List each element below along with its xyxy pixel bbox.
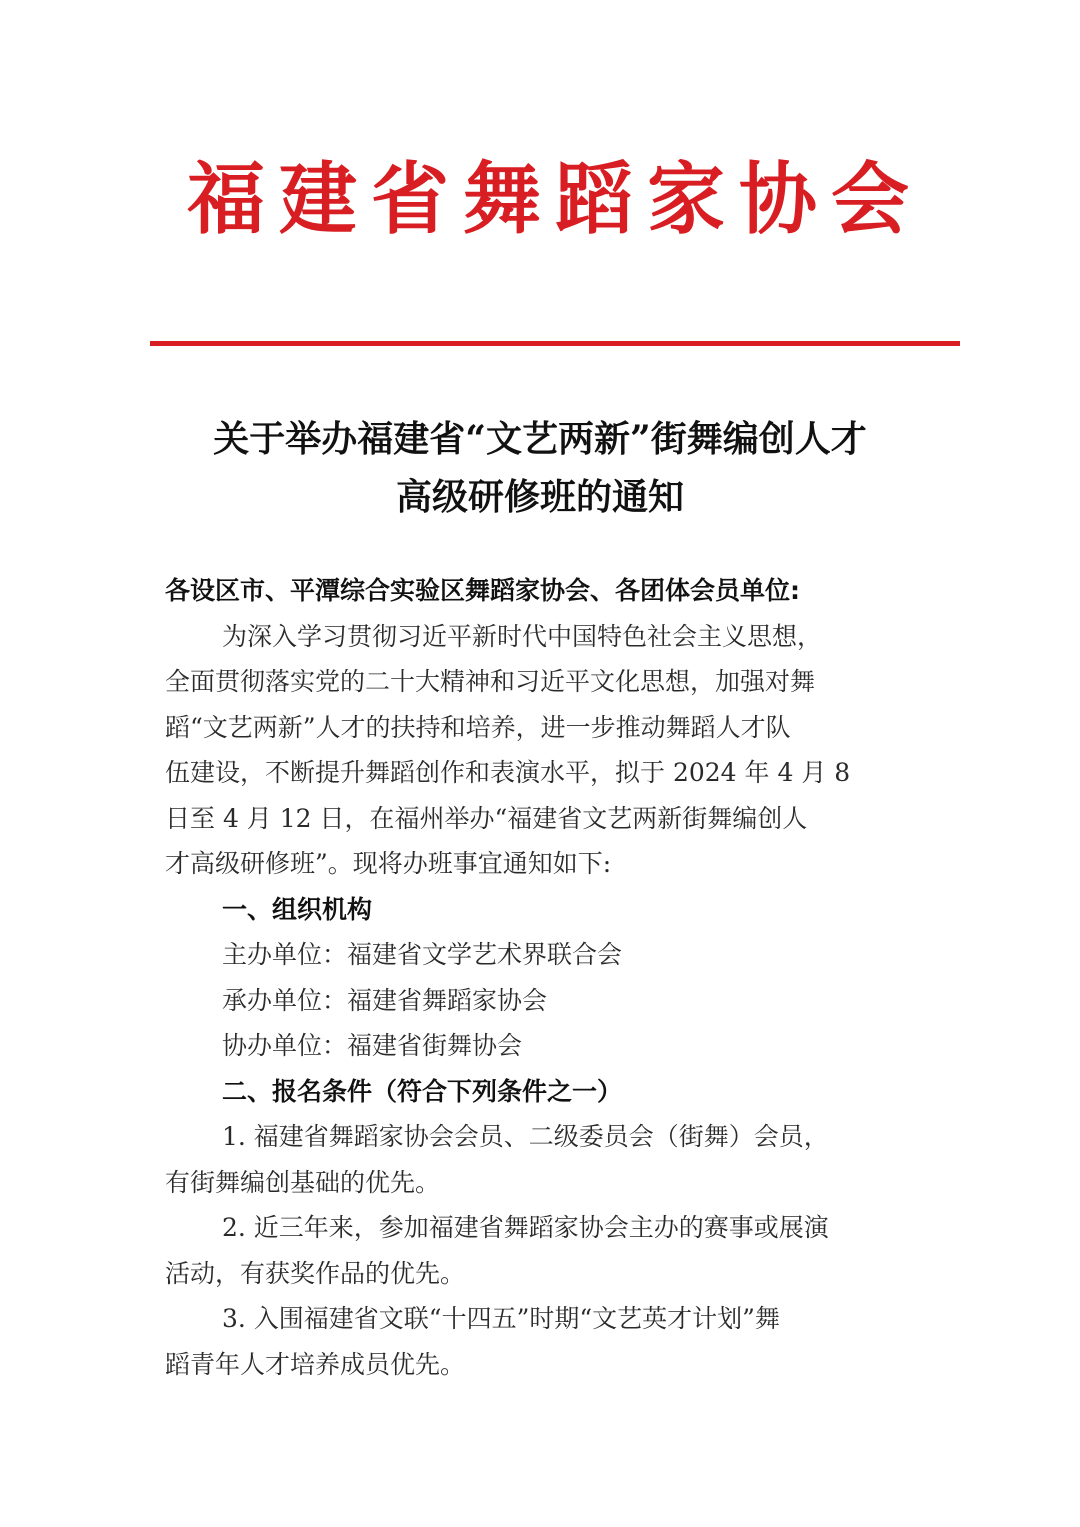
organizer-undertaker: 承办单位：福建省舞蹈家协会 <box>165 978 917 1024</box>
intro-line: 伍建设，不断提升舞蹈创作和表演水平，拟于 2024 年 4 月 8 <box>165 750 917 796</box>
section-eligibility: 二、报名条件（符合下列条件之一） 1. 福建省舞蹈家协会会员、二级委员会（街舞）… <box>165 1069 917 1388</box>
condition-line: 3. 入围福建省文联“十四五”时期“文艺英才计划”舞 <box>165 1296 917 1342</box>
condition-line: 2. 近三年来，参加福建省舞蹈家协会主办的赛事或展演 <box>165 1205 917 1251</box>
organizer-host: 主办单位：福建省文学艺术界联合会 <box>165 932 917 978</box>
section-heading: 二、报名条件（符合下列条件之一） <box>165 1069 917 1115</box>
title-line-2: 高级研修班的通知 <box>150 468 930 526</box>
organizer-co-organizer: 协办单位：福建省街舞协会 <box>165 1023 917 1069</box>
document-body: 各设区市、平潭综合实验区舞蹈家协会、各团体会员单位: 为深入学习贯彻习近平新时代… <box>165 568 917 1387</box>
condition-item: 2. 近三年来，参加福建省舞蹈家协会主办的赛事或展演 活动，有获奖作品的优先。 <box>165 1205 917 1296</box>
intro-line: 全面贯彻落实党的二十大精神和习近平文化思想，加强对舞 <box>165 659 917 705</box>
condition-item: 3. 入围福建省文联“十四五”时期“文艺英才计划”舞 蹈青年人才培养成员优先。 <box>165 1296 917 1387</box>
intro-line: 蹈“文艺两新”人才的扶持和培养，进一步推动舞蹈人才队 <box>165 705 917 751</box>
intro-paragraph: 为深入学习贯彻习近平新时代中国特色社会主义思想， 全面贯彻落实党的二十大精神和习… <box>165 614 917 887</box>
condition-line: 活动，有获奖作品的优先。 <box>165 1251 917 1297</box>
document-title: 关于举办福建省“文艺两新”街舞编创人才 高级研修班的通知 <box>150 410 930 526</box>
letterhead-org-name: 福建省舞蹈家协会 <box>150 150 960 250</box>
intro-line: 日至 4 月 12 日，在福州举办“福建省文艺两新街舞编创人 <box>165 796 917 842</box>
intro-line: 为深入学习贯彻习近平新时代中国特色社会主义思想， <box>165 614 917 660</box>
letterhead-red-rule <box>150 341 960 346</box>
condition-line: 1. 福建省舞蹈家协会会员、二级委员会（街舞）会员， <box>165 1114 917 1160</box>
condition-line: 蹈青年人才培养成员优先。 <box>165 1342 917 1388</box>
section-organization: 一、组织机构 主办单位：福建省文学艺术界联合会 承办单位：福建省舞蹈家协会 协办… <box>165 887 917 1069</box>
title-line-1: 关于举办福建省“文艺两新”街舞编创人才 <box>150 410 930 468</box>
condition-line: 有街舞编创基础的优先。 <box>165 1160 917 1206</box>
salutation: 各设区市、平潭综合实验区舞蹈家协会、各团体会员单位: <box>165 568 917 614</box>
section-heading: 一、组织机构 <box>165 887 917 933</box>
condition-item: 1. 福建省舞蹈家协会会员、二级委员会（街舞）会员， 有街舞编创基础的优先。 <box>165 1114 917 1205</box>
intro-line: 才高级研修班”。现将办班事宜通知如下: <box>165 841 917 887</box>
